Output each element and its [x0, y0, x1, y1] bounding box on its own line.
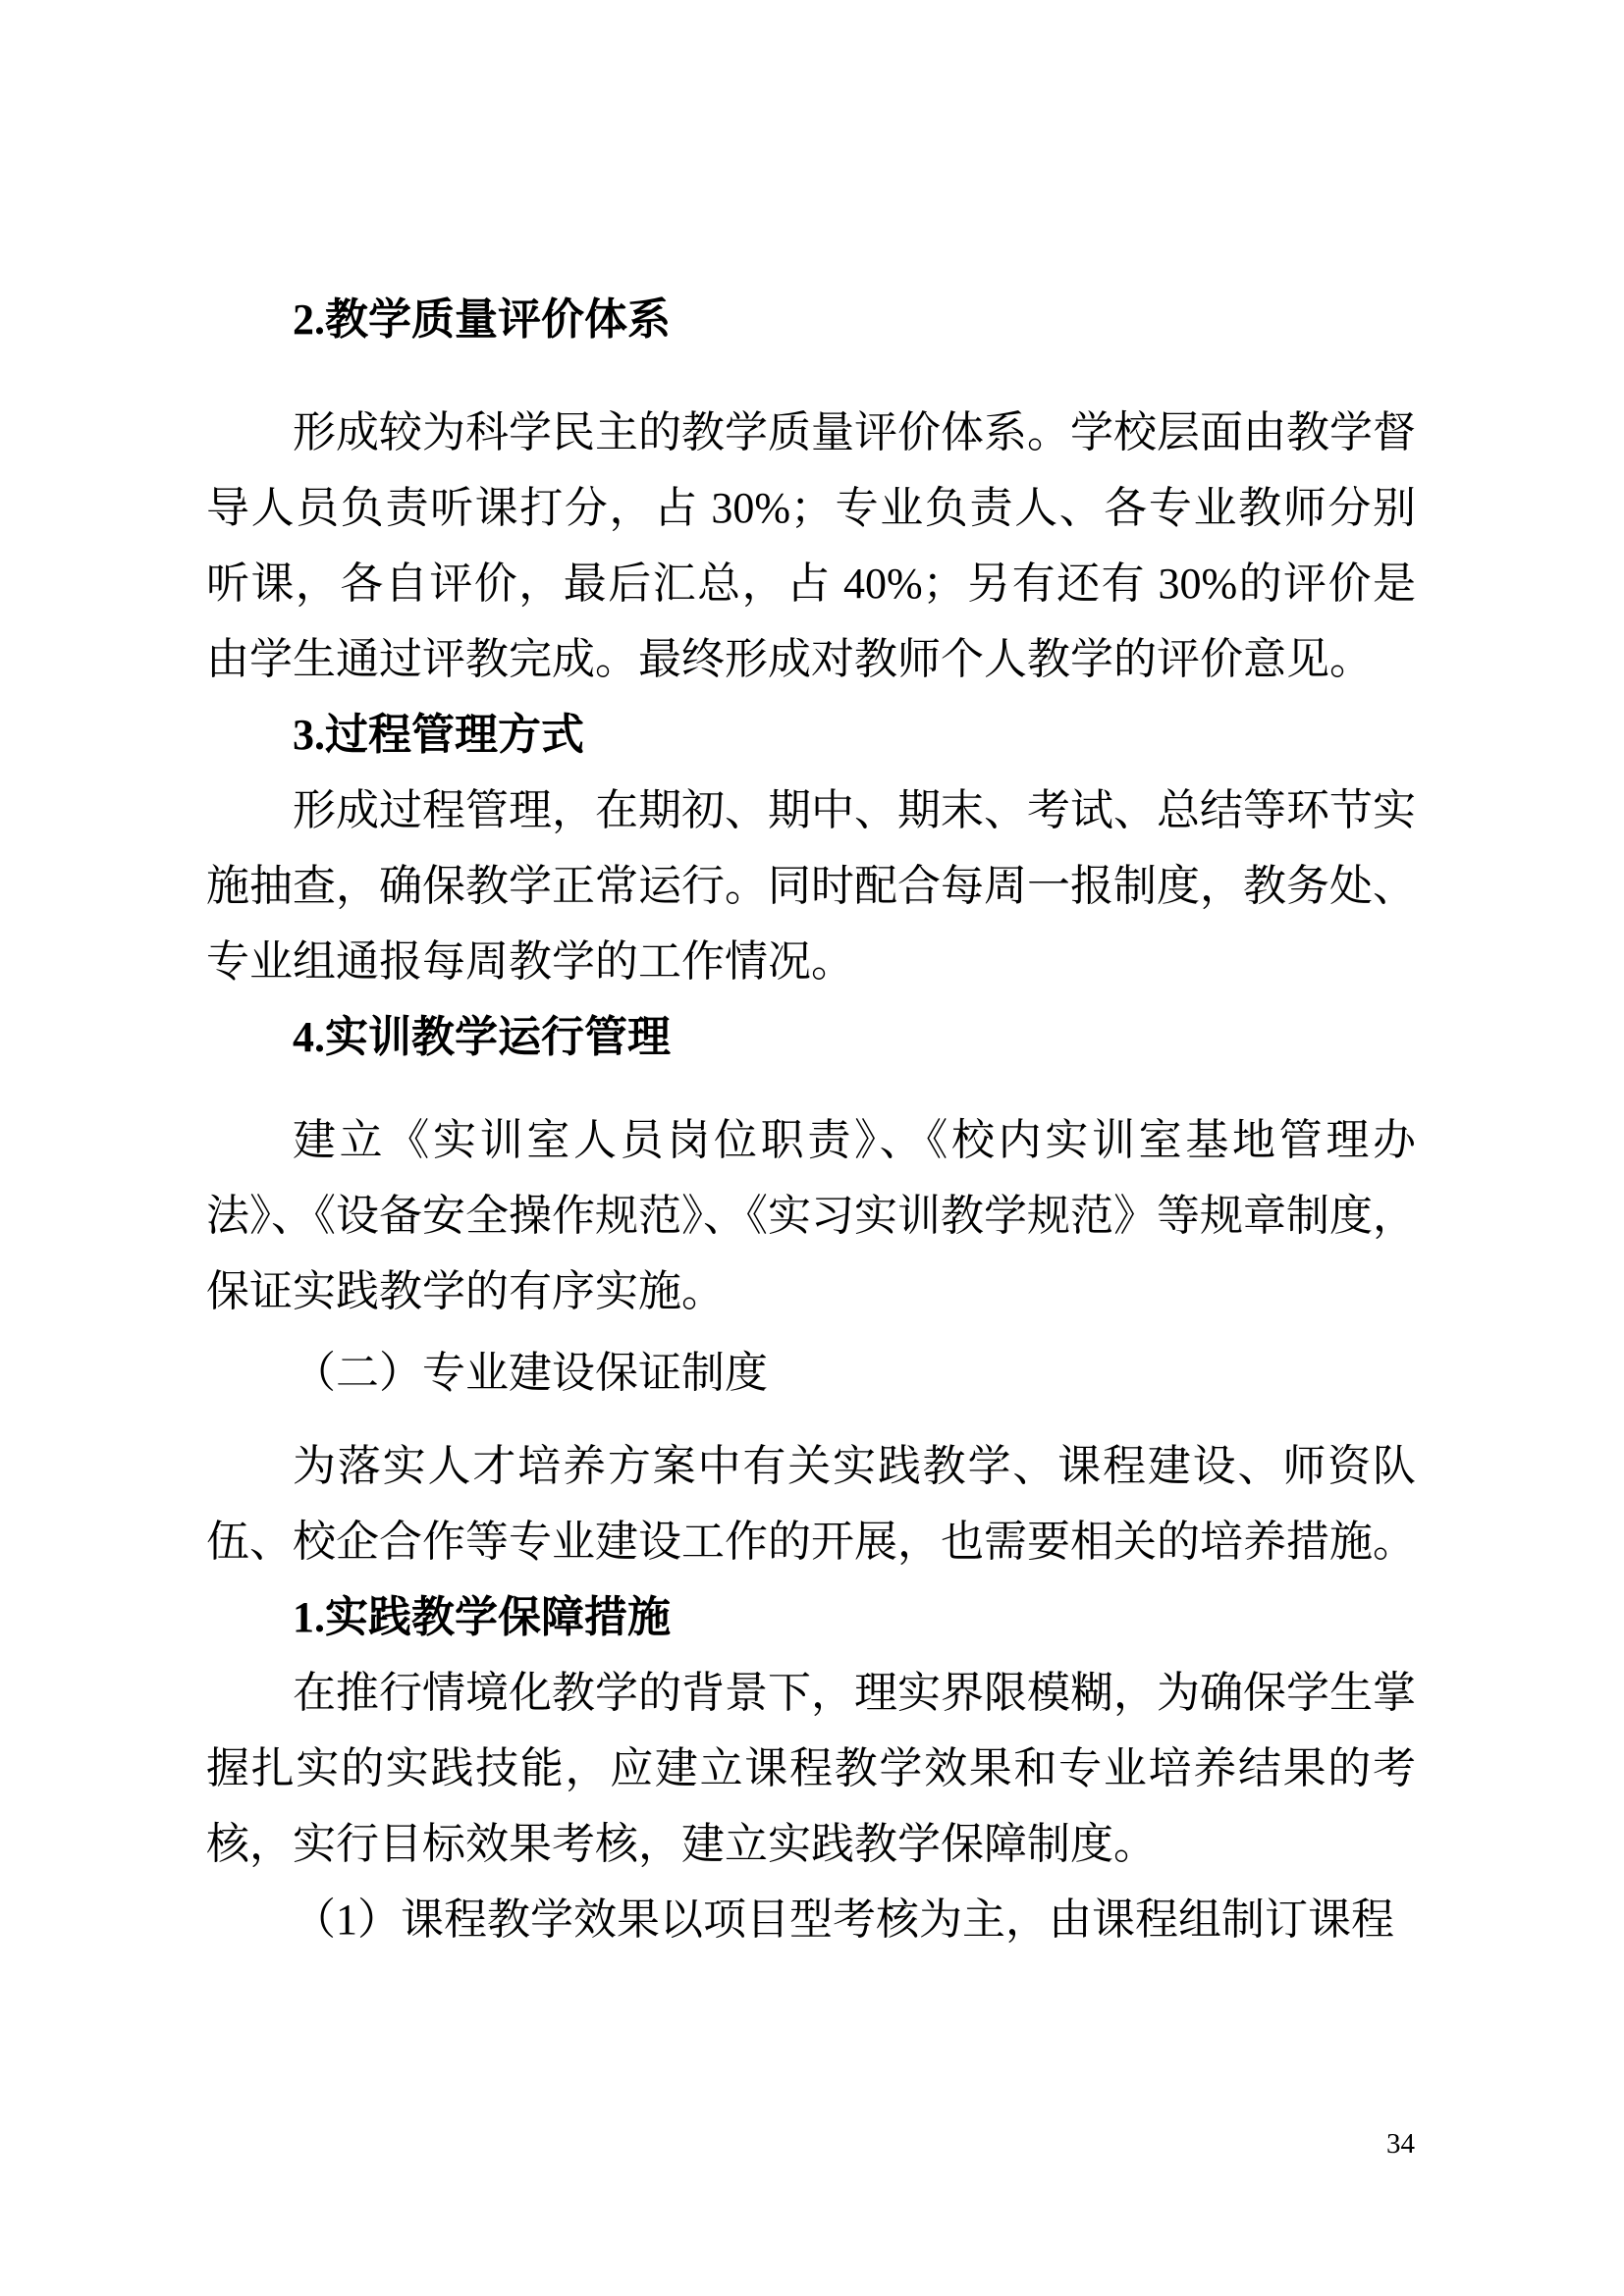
heading-practice-teaching-safeguard: 1.实践教学保障措施 — [206, 1579, 1416, 1655]
document-body: 2.教学质量评价体系 形成较为科学民主的教学质量评价体系。学校层面由教学督导人员… — [206, 282, 1416, 1957]
para-process-management-detail: 形成过程管理，在期初、期中、期末、考试、总结等环节实施抽查，确保教学正常运行。同… — [206, 773, 1416, 999]
para-practical-training-detail: 建立《实训室人员岗位职责》、《校内实训室基地管理办法》、《设备安全操作规范》、《… — [206, 1102, 1416, 1329]
subheading-major-construction-guarantee: （二）专业建设保证制度 — [206, 1335, 1416, 1411]
para-quality-evaluation-detail: 形成较为科学民主的教学质量评价体系。学校层面由教学督导人员负责听课打分，占 30… — [206, 395, 1416, 697]
para-major-construction-intro: 为落实人才培养方案中有关实践教学、课程建设、师资队伍、校企合作等专业建设工作的开… — [206, 1428, 1416, 1579]
para-practice-teaching-safeguard-detail: 在推行情境化教学的背景下，理实界限模糊，为确保学生掌握扎实的实践技能，应建立课程… — [206, 1655, 1416, 1882]
heading-teaching-quality-evaluation: 2.教学质量评价体系 — [206, 282, 1416, 357]
heading-process-management: 3.过程管理方式 — [206, 697, 1416, 773]
heading-practical-training-management: 4.实训教学运行管理 — [206, 999, 1416, 1075]
para-course-teaching-effect: （1）课程教学效果以项目型考核为主，由课程组制订课程 — [206, 1882, 1416, 1957]
page-number: 34 — [1386, 2128, 1415, 2160]
document-page: 2.教学质量评价体系 形成较为科学民主的教学质量评价体系。学校层面由教学督导人员… — [0, 0, 1624, 2296]
